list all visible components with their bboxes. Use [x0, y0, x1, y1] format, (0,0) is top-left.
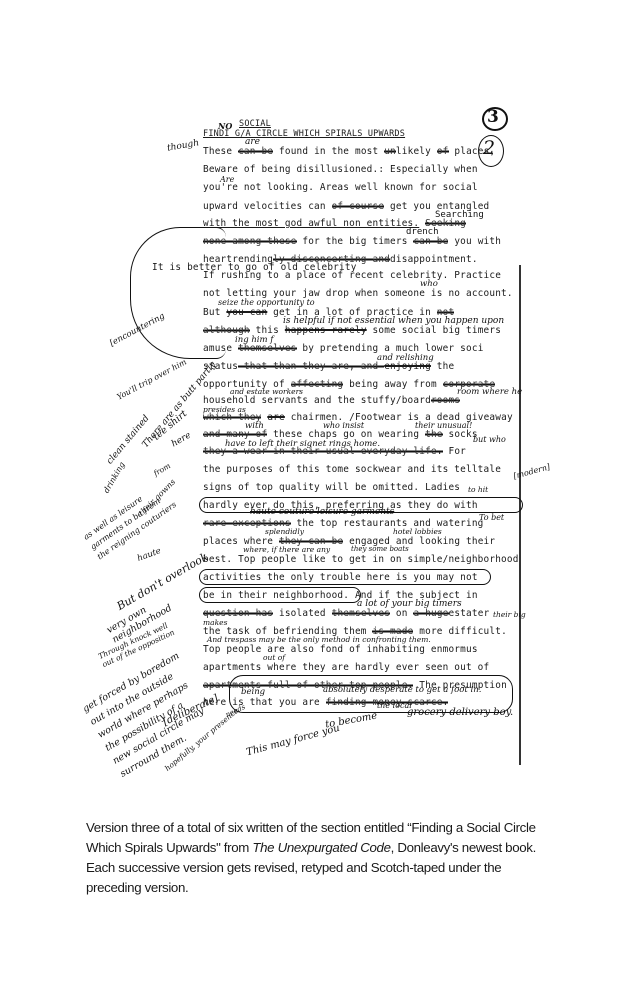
- typed-line: Beware of being disillusioned.: Especial…: [203, 164, 478, 175]
- typed-line: best. Top people like to get in on simpl…: [203, 554, 519, 565]
- right-margin-rule: [519, 265, 521, 765]
- note-youll-trip: You'll trip over him: [115, 357, 188, 401]
- note-who: who: [420, 279, 438, 289]
- typed-line: none among these for the big timers can …: [203, 236, 501, 247]
- note-as-well-as: as well as leisure garments to be from t…: [81, 479, 179, 563]
- typed-line: signs of top quality will be omitted. La…: [203, 482, 460, 493]
- note-to-bet: To bet: [479, 513, 504, 522]
- note-is-helpful: is helpful if not essential when you hap…: [283, 316, 504, 326]
- note-and-relishing: and relishing: [377, 353, 434, 363]
- note-presides-as: presides as: [203, 405, 246, 414]
- version-number-3: 3: [487, 107, 499, 127]
- note-lot-of: a lot of your big timers: [357, 599, 462, 609]
- caption-book-title: The Unexpurgated Code: [252, 840, 390, 855]
- title-edit-social: SOCIAL: [239, 119, 271, 129]
- note-splendidly: splendidly: [265, 527, 304, 536]
- photo-caption: Version three of a total of six written …: [86, 818, 552, 898]
- circled-neighborhood: [199, 587, 361, 603]
- note-who-insist: who insist: [323, 421, 364, 430]
- note-haute: haute: [136, 546, 162, 564]
- note-absolutely: absolutely desperate to get a foot in.: [323, 685, 481, 695]
- note-their-big: their big: [493, 610, 526, 619]
- typed-line: Top people are also fond of inhabiting e…: [203, 644, 478, 655]
- note-and-trespass: And trespass may be the only method in c…: [207, 635, 431, 644]
- typed-line: These can be found in the most unlikely …: [203, 146, 495, 157]
- note-here: here: [170, 430, 193, 449]
- note-hotel-lobbies: hotel lobbies: [393, 527, 442, 536]
- manuscript-title: FINDI G/A CIRCLE WHICH SPIRALS UPWARDS: [203, 129, 405, 139]
- note-makes: makes: [203, 618, 227, 627]
- circled-passage-celebrity: [130, 227, 226, 359]
- note-grocery: grocery delivery boy.: [407, 707, 513, 718]
- note-searching: Searching: [435, 210, 484, 220]
- note-being: being: [241, 687, 265, 697]
- note-their-unusual: their unusual!: [415, 421, 472, 430]
- note-haute-couture: haute couture leisure garments: [250, 507, 394, 517]
- note-drench: drench: [406, 227, 439, 237]
- manuscript-page: 3 2 NO SOCIAL FINDI G/A CIRCLE WHICH SPI…: [95, 95, 545, 775]
- note-get-forced: get forced by boredom out into the outsi…: [80, 649, 220, 782]
- note-though: though: [166, 138, 199, 153]
- note-are-2: Are: [220, 175, 234, 184]
- note-but-who: but who: [473, 435, 506, 444]
- typed-line: you're not looking. Areas well known for…: [203, 182, 478, 193]
- note-they-some: they some boats: [351, 545, 409, 553]
- note-and-estate: and estate workers: [230, 387, 303, 396]
- note-out-of: out of: [263, 653, 285, 662]
- note-room-where: room where he: [457, 387, 522, 397]
- note-have-left: have to left their signet rings home.: [225, 439, 380, 449]
- typed-line: question has isolated themselves on a hu…: [203, 608, 489, 619]
- note-ing-himself: ing him f: [235, 335, 273, 345]
- typed-line: apartments where they are hardly ever se…: [203, 662, 489, 673]
- typed-line: the purposes of this tome sockwear and i…: [203, 464, 501, 475]
- note-seize: seize the opportunity to: [218, 298, 315, 307]
- note-with: with: [245, 421, 264, 431]
- note-from: from: [152, 461, 172, 478]
- note-this-may: This may force you: [245, 723, 341, 759]
- note-drinking: drinking: [102, 460, 127, 494]
- note-are: are: [245, 137, 260, 147]
- note-where-if: where, if there are any: [243, 545, 330, 554]
- typed-line: If rushing to a place of recent celebrit…: [203, 270, 501, 281]
- note-to-hit: to hit: [468, 485, 488, 494]
- circled-activities: [199, 569, 491, 585]
